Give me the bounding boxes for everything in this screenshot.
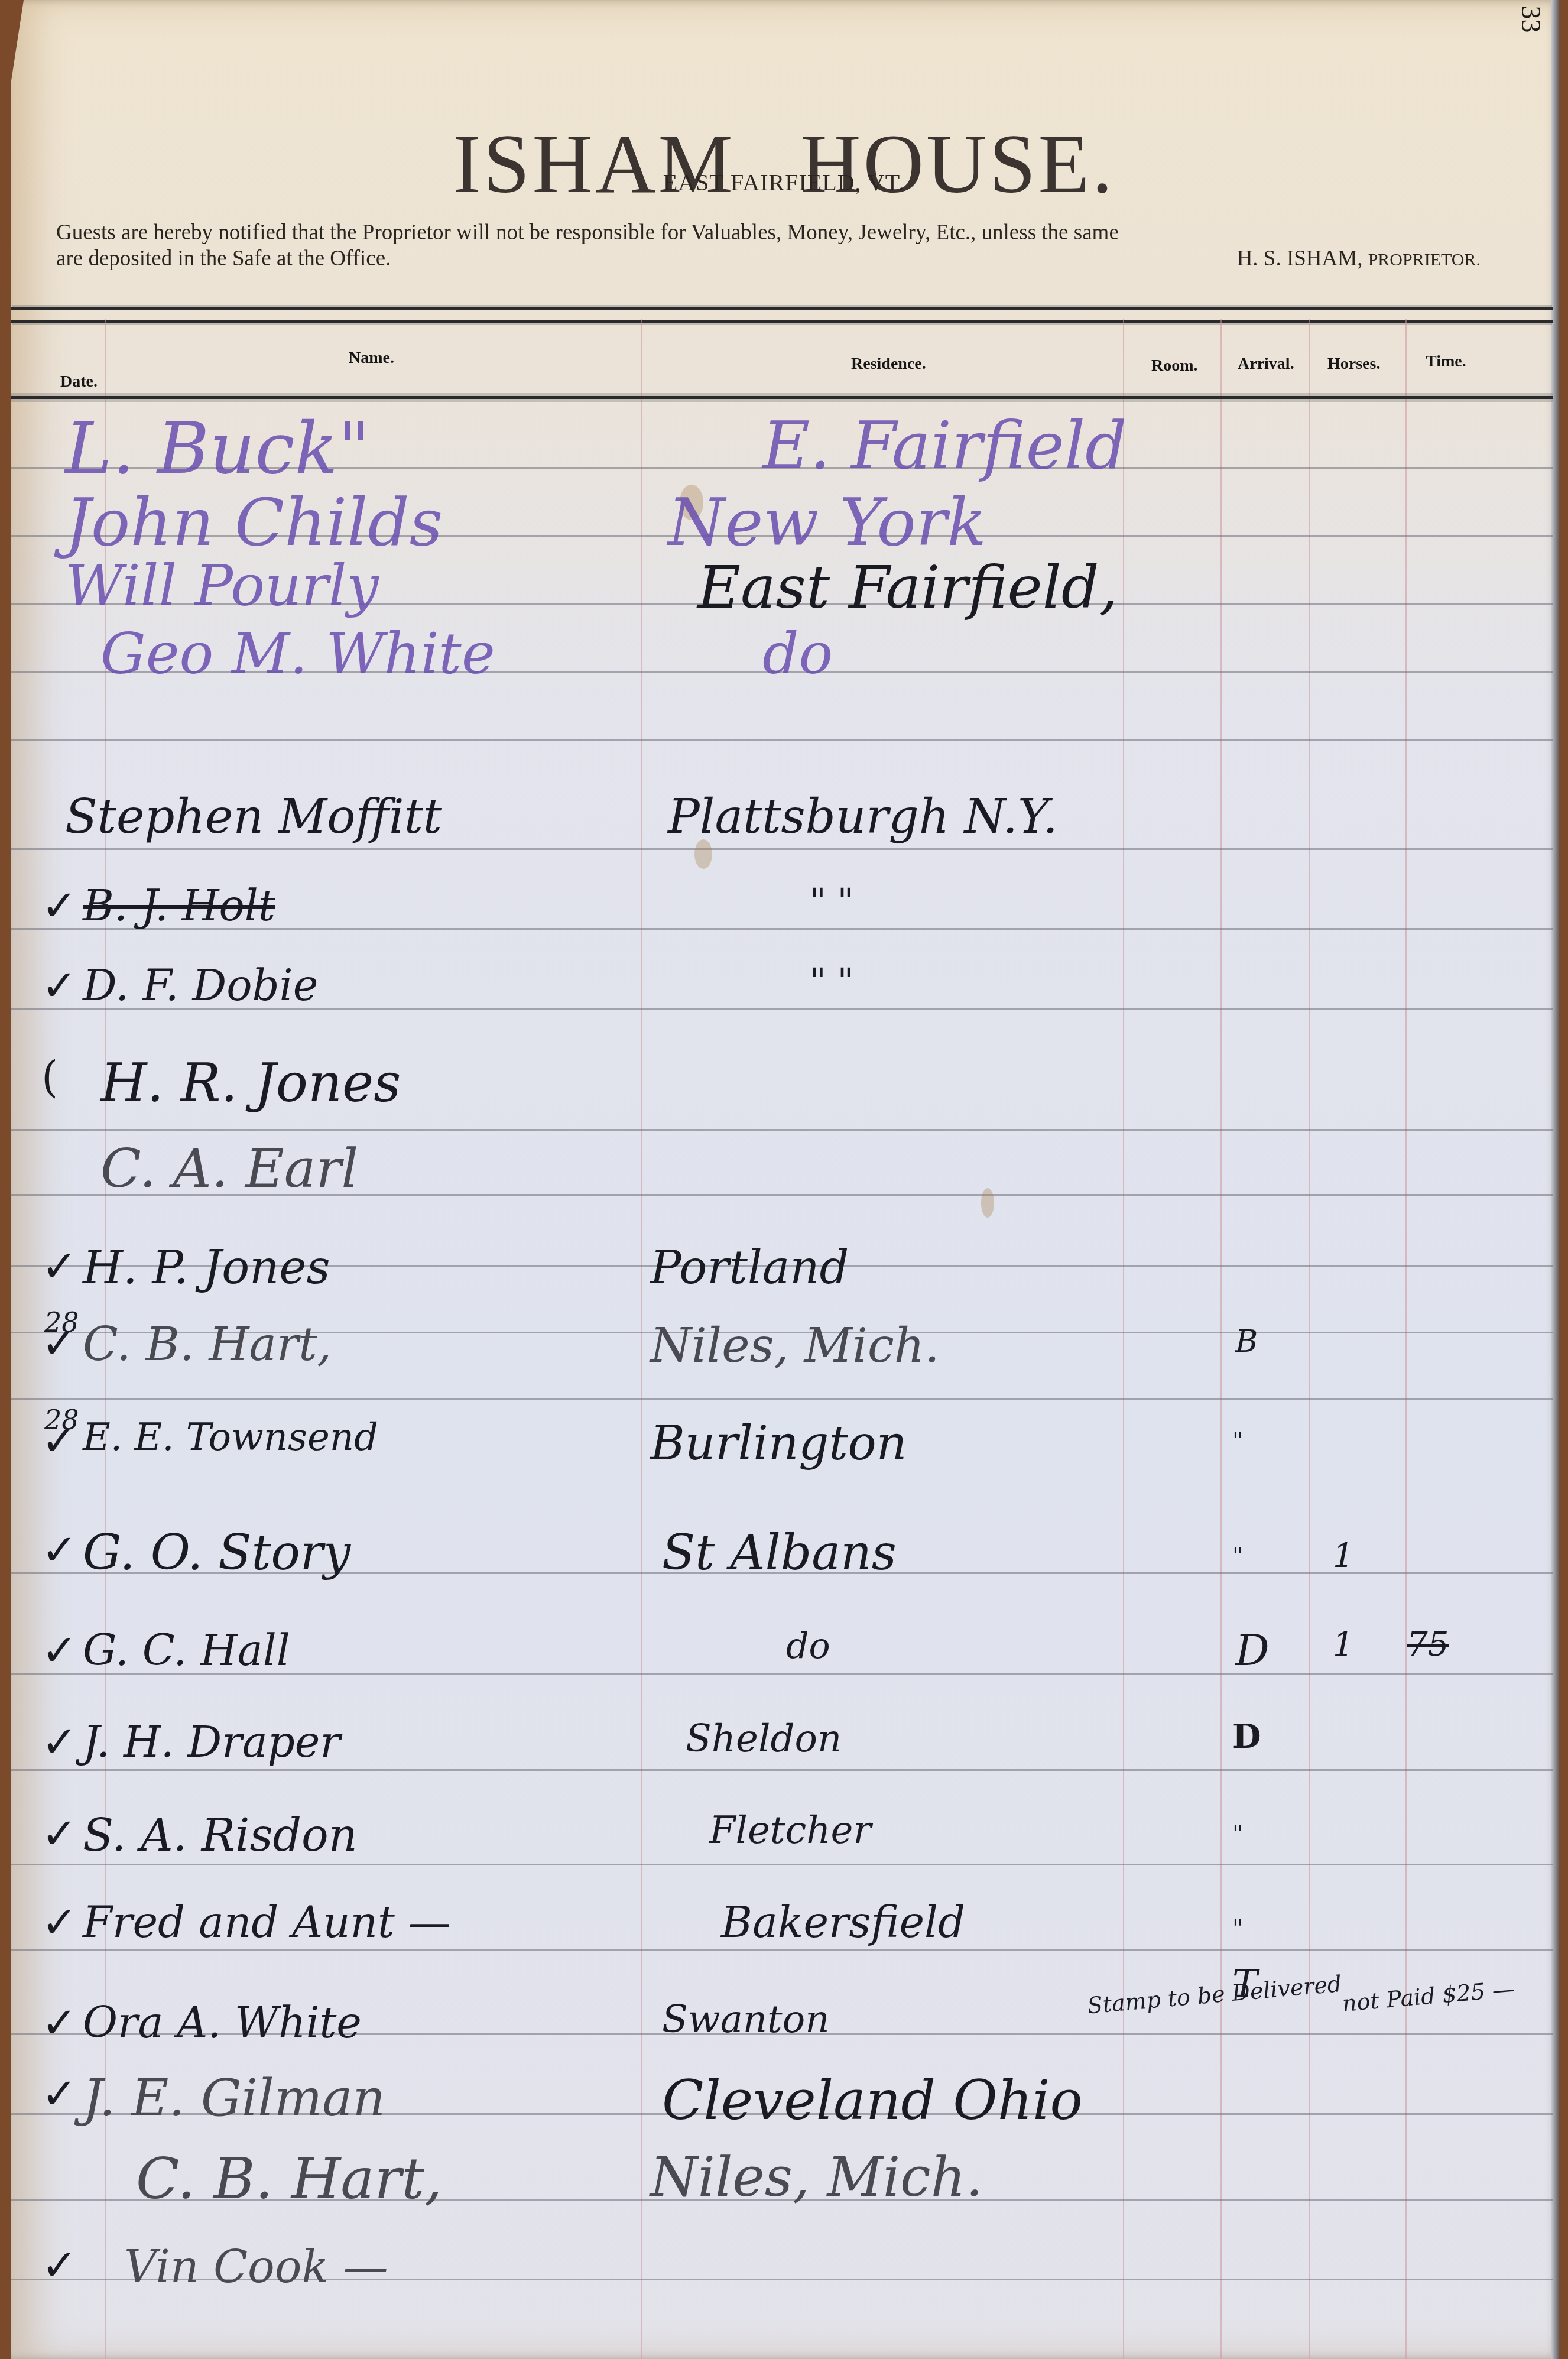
arrival-value: 1 [1333, 1537, 1354, 1575]
guest-name: B. J. Holt [83, 881, 275, 930]
register-entry: ✓ J. H. Draper Sheldon D [0, 1717, 1568, 1806]
guest-name: S. A. Risdon [83, 1809, 358, 1861]
room-value: " [1232, 1915, 1243, 1942]
register-entry: 28 ✓ C. B. Hart, Niles, Mich. B [0, 1318, 1568, 1407]
column-header-date: Date. [60, 372, 98, 391]
checkmark-icon: ✓ [41, 2069, 77, 2118]
guest-name: J. H. Draper [83, 1717, 340, 1767]
register-entry: ✓ B. J. Holt " " [0, 881, 1568, 969]
guest-name: L. Buck" [65, 408, 371, 490]
guest-name: Vin Cook — [124, 2240, 388, 2293]
column-header-horses: Horses. [1327, 355, 1380, 374]
title-word: ISHAM [453, 117, 735, 210]
guest-residence: Niles, Mich. [650, 2146, 983, 2209]
proprietor-title: PROPRIETOR. [1368, 250, 1481, 270]
hotel-title: ISHAMHOUSE. [0, 115, 1568, 212]
guest-residence: do [786, 1625, 830, 1667]
proprietor-name: H. S. ISHAM, [1237, 246, 1363, 271]
title-word: HOUSE. [800, 117, 1115, 210]
checkmark-icon: ✓ [41, 1416, 77, 1465]
checkmark-icon: ✓ [41, 1809, 77, 1858]
row-rule [11, 739, 1553, 741]
bracket-mark: ( [41, 1052, 58, 1102]
register-entry: Stephen Moffitt Plattsburgh N.Y. [0, 789, 1568, 878]
guest-residence: " " [810, 961, 853, 1002]
guest-residence: Cleveland Ohio [662, 2069, 1083, 2132]
guest-residence: " " [810, 881, 853, 922]
guest-name: Will Pourly [65, 553, 379, 619]
column-header-residence: Residence. [851, 355, 926, 374]
guest-residence: Portland [650, 1241, 849, 1294]
proprietor: H. S. ISHAM, PROPRIETOR. [1237, 246, 1481, 273]
column-header-arrival: Arrival. [1238, 355, 1294, 374]
register-entry: ✓ D. F. Dobie " " [0, 961, 1568, 1049]
guest-name: D. F. Dobie [83, 961, 318, 1010]
column-header-name: Name. [349, 349, 394, 368]
column-header-time: Time. [1426, 352, 1466, 371]
guest-residence: East Fairfield, [697, 553, 1118, 622]
guest-name: C. B. Hart, [136, 2146, 443, 2212]
checkmark-icon: ✓ [41, 1318, 77, 1368]
guest-residence: Sheldon [686, 1717, 842, 1761]
header-double-rule [11, 307, 1553, 323]
register-entry: ✓ S. A. Risdon Fletcher " [0, 1809, 1568, 1897]
room-value: " [1232, 1427, 1243, 1455]
guest-residence: Swanton [662, 1998, 829, 2042]
register-entry: ✓ H. P. Jones Portland [0, 1241, 1568, 1330]
guest-name: G. C. Hall [83, 1625, 290, 1675]
guest-name: Geo M. White [100, 621, 495, 687]
guest-residence: E. Fairfield [762, 408, 1127, 484]
notice-text: Guests are hereby notified that the Prop… [56, 220, 1522, 273]
register-entry: ✓ G. C. Hall do D 1 75 [0, 1625, 1568, 1714]
guest-name: C. A. Earl [100, 1138, 358, 1200]
checkmark-icon: ✓ [41, 961, 77, 1010]
register-entry: 28 ✓ E. E. Townsend Burlington " [0, 1416, 1568, 1504]
guest-residence: Burlington [650, 1416, 907, 1471]
guest-residence: do [762, 621, 833, 687]
guest-residence: Fletcher [709, 1809, 871, 1852]
room-value: " [1232, 1543, 1243, 1570]
horses-value: 75 [1407, 1625, 1449, 1664]
checkmark-icon: ✓ [41, 1625, 77, 1675]
checkmark-icon: ✓ [41, 1717, 77, 1767]
checkmark-icon: ✓ [41, 1525, 77, 1575]
notice-line-2: are deposited in the Safe at the Office. [56, 246, 391, 273]
arrival-value: 1 [1333, 1625, 1354, 1664]
register-entry: C. B. Hart, Niles, Mich. [0, 2146, 1568, 2234]
guest-name: John Childs [65, 485, 443, 560]
checkmark-icon: ✓ [41, 2240, 77, 2290]
register-entry: Geo M. White do [0, 621, 1568, 709]
checkmark-icon: ✓ [41, 881, 77, 930]
guest-name: H. R. Jones [100, 1052, 401, 1114]
guest-residence: Niles, Mich. [650, 1318, 940, 1373]
checkmark-icon: ✓ [41, 1897, 77, 1947]
register-entry: ( H. R. Jones [0, 1052, 1568, 1141]
guest-name: Fred and Aunt — [83, 1897, 451, 1947]
guest-residence: St Albans [662, 1525, 897, 1581]
guest-residence: Bakersfield [721, 1897, 965, 1947]
page-number: 33 [1515, 6, 1547, 33]
guest-name: Ora A. White [83, 1998, 362, 2048]
guest-name: Stephen Moffitt [65, 789, 442, 844]
guest-name: G. O. Story [83, 1525, 350, 1581]
guest-residence: New York [668, 485, 986, 560]
guest-residence: Plattsburgh N.Y. [668, 789, 1058, 844]
header-bottom-rule [11, 396, 1553, 399]
register-entry: C. A. Earl [0, 1138, 1568, 1226]
guest-name: H. P. Jones [83, 1241, 330, 1294]
room-value: D [1235, 1625, 1270, 1675]
register-entry: L. Buck" E. Fairfield [0, 408, 1568, 497]
room-value: D [1232, 1717, 1261, 1756]
column-header-room: Room. [1151, 356, 1198, 375]
notice-line-2-row: are deposited in the Safe at the Office.… [56, 246, 1522, 273]
guest-name: J. E. Gilman [83, 2069, 385, 2128]
room-value: " [1232, 1821, 1243, 1848]
checkmark-icon: ✓ [41, 1241, 77, 1291]
guest-name: E. E. Townsend [83, 1416, 378, 1459]
register-entry: ✓ Vin Cook — [0, 2240, 1568, 2329]
register-entry: ✓ G. O. Story St Albans " 1 [0, 1525, 1568, 1614]
notice-line-1: Guests are hereby notified that the Prop… [56, 220, 1522, 246]
checkmark-icon: ✓ [41, 1998, 77, 2048]
register-entry: ✓ J. E. Gilman Cleveland Ohio [0, 2069, 1568, 2157]
guest-name: C. B. Hart, [83, 1318, 332, 1371]
room-value: B [1235, 1324, 1258, 1359]
hotel-location: EAST FAIRFIELD, VT. [0, 168, 1568, 196]
